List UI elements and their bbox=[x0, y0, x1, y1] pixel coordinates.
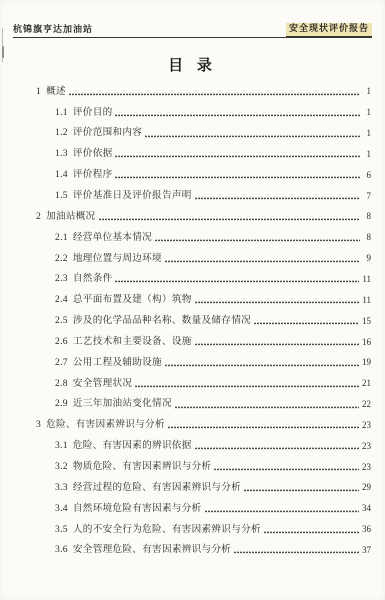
toc-page-number: 8 bbox=[363, 212, 371, 221]
toc-entry-label: 2.6工艺技术和主要设备、设施 bbox=[55, 337, 192, 347]
toc-entry-number: 3 bbox=[36, 419, 41, 430]
toc-entry-title: 自然环境危险有害因素与分析 bbox=[73, 503, 202, 514]
toc-entry-label: 2.7公用工程及辅助设施 bbox=[55, 358, 162, 368]
toc-entry-label: 2.2地理位置与周边环境 bbox=[55, 254, 162, 264]
toc-entry-label: 2加油站概况 bbox=[36, 212, 96, 222]
toc-page-number: 1 bbox=[363, 150, 371, 159]
toc-page-number: 23 bbox=[362, 442, 371, 451]
toc-entry: 2.4总平面布置及建（构）筑物11 bbox=[0, 284, 371, 305]
dot-leader bbox=[145, 134, 360, 138]
toc-entry-number: 2.7 bbox=[55, 357, 68, 368]
toc-page-number: 11 bbox=[362, 275, 371, 284]
toc-page-number: 22 bbox=[362, 400, 371, 409]
toc-entry-number: 1.1 bbox=[55, 107, 68, 118]
toc-entry-label: 3.2物质危险、有害因素辨识与分析 bbox=[55, 462, 211, 472]
toc-entry-title: 概述 bbox=[46, 86, 66, 97]
toc-entry: 3.3经营过程的危险、有害因素辨识与分析29 bbox=[0, 472, 371, 493]
toc-entry-number: 3.5 bbox=[55, 524, 68, 535]
toc-page-number: 36 bbox=[362, 525, 371, 534]
toc-entry-title: 地理位置与周边环境 bbox=[73, 253, 162, 264]
toc-page-number: 16 bbox=[362, 338, 371, 347]
toc-entry-title: 评价范围和内容 bbox=[73, 127, 142, 138]
toc-entry-number: 1.5 bbox=[55, 190, 68, 201]
toc-entry-title: 人的不安全行为危险、有害因素辨识与分析 bbox=[73, 524, 261, 535]
toc-entry-number: 1.3 bbox=[55, 148, 68, 159]
toc-entry: 2.2地理位置与周边环境9 bbox=[0, 243, 371, 264]
toc-page-number: 34 bbox=[362, 504, 371, 513]
dot-leader bbox=[214, 467, 359, 471]
toc-page-number: 21 bbox=[362, 379, 371, 388]
toc-entry-title: 评价目的 bbox=[73, 107, 113, 118]
toc-entry-title: 评价程序 bbox=[73, 169, 113, 180]
dot-leader bbox=[234, 550, 359, 554]
toc-entry-label: 2.4总平面布置及建（构）筑物 bbox=[55, 295, 192, 305]
dot-leader bbox=[254, 321, 359, 325]
scanned-document-page: 杭锦旗亨达加油站 安全现状评价报告 目 录 1概述11.1评价目的11.2评价范… bbox=[0, 0, 385, 600]
toc-entry-label: 3危险、有害因素辨识与分析 bbox=[36, 420, 165, 430]
toc-title: 目 录 bbox=[0, 54, 385, 75]
toc-entry: 1.3评价依据1 bbox=[0, 139, 371, 160]
toc-entry-label: 3.5人的不安全行为危险、有害因素辨识与分析 bbox=[55, 525, 261, 535]
toc-entry: 2.7公用工程及辅助设施19 bbox=[0, 347, 371, 368]
toc-entry-number: 3.2 bbox=[55, 461, 68, 472]
toc-entry: 3.2物质危险、有害因素辨识与分析23 bbox=[0, 451, 371, 472]
dot-leader bbox=[168, 425, 359, 429]
toc-entry-number: 3.3 bbox=[55, 482, 68, 493]
toc-entry: 2.6工艺技术和主要设备、设施16 bbox=[0, 326, 371, 347]
toc-entry-title: 评价依据 bbox=[73, 148, 113, 159]
dot-leader bbox=[195, 342, 359, 346]
toc-entry-title: 涉及的化学品品种名称、数量及储存情况 bbox=[73, 315, 251, 326]
toc-entry-title: 危险、有害因素辨识与分析 bbox=[46, 419, 165, 430]
dot-leader bbox=[155, 238, 360, 242]
toc-entry: 1.5评价基准日及评价报告声明7 bbox=[0, 180, 371, 201]
toc-page-number: 8 bbox=[363, 233, 371, 242]
toc-page-number: 37 bbox=[362, 546, 371, 555]
toc-entry-title: 自然条件 bbox=[73, 273, 113, 284]
toc-entry-label: 3.1危险、有害因素的辨识依据 bbox=[55, 441, 192, 451]
toc-entry-title: 近三年加油站变化情况 bbox=[73, 398, 172, 409]
toc-entry-number: 3.1 bbox=[55, 440, 68, 451]
toc-entry-number: 2.3 bbox=[55, 273, 68, 284]
toc-entry-number: 3.6 bbox=[55, 544, 68, 555]
dot-leader bbox=[115, 175, 360, 179]
page-header: 杭锦旗亨达加油站 安全现状评价报告 bbox=[13, 23, 372, 38]
dot-leader bbox=[115, 279, 359, 283]
toc-entry: 3.4自然环境危险有害因素与分析34 bbox=[0, 493, 371, 514]
table-of-contents: 1概述11.1评价目的11.2评价范围和内容11.3评价依据11.4评价程序61… bbox=[0, 76, 371, 555]
dot-leader bbox=[69, 92, 360, 96]
toc-entry-label: 2.1经营单位基本情况 bbox=[55, 233, 152, 243]
toc-entry-number: 2.6 bbox=[55, 336, 68, 347]
header-station-name: 杭锦旗亨达加油站 bbox=[13, 25, 93, 35]
toc-entry-label: 1.2评价范围和内容 bbox=[55, 128, 142, 138]
toc-entry: 3.6安全管理危险、有害因素辨识与分析37 bbox=[0, 535, 371, 556]
dot-leader bbox=[195, 196, 360, 200]
toc-entry: 1.1评价目的1 bbox=[0, 97, 371, 118]
toc-entry-number: 1 bbox=[36, 86, 41, 97]
toc-page-number: 9 bbox=[363, 254, 371, 263]
dot-leader bbox=[264, 530, 359, 534]
toc-entry-label: 1.3评价依据 bbox=[55, 149, 112, 159]
toc-entry-label: 2.9近三年加油站变化情况 bbox=[55, 399, 172, 409]
toc-entry-label: 1.1评价目的 bbox=[55, 108, 112, 118]
toc-entry-number: 2.8 bbox=[55, 378, 68, 389]
toc-entry-number: 1.2 bbox=[55, 127, 68, 138]
toc-page-number: 23 bbox=[362, 463, 371, 472]
toc-entry: 2.3自然条件11 bbox=[0, 264, 371, 285]
toc-entry-title: 加油站概况 bbox=[46, 211, 95, 222]
toc-entry: 3.1危险、有害因素的辨识依据23 bbox=[0, 430, 371, 451]
toc-entry: 2加油站概况8 bbox=[0, 201, 371, 222]
dot-leader bbox=[135, 384, 359, 388]
dot-leader bbox=[99, 217, 360, 221]
toc-entry: 2.8安全管理状况21 bbox=[0, 368, 371, 389]
dot-leader bbox=[165, 259, 360, 263]
dot-leader bbox=[165, 363, 359, 367]
toc-entry: 1.4评价程序6 bbox=[0, 159, 371, 180]
toc-entry-number: 2.1 bbox=[55, 232, 68, 243]
toc-entry-number: 1.4 bbox=[55, 169, 68, 180]
dot-leader bbox=[115, 154, 360, 158]
toc-entry: 3危险、有害因素辨识与分析23 bbox=[0, 410, 371, 431]
toc-entry-number: 2.5 bbox=[55, 315, 68, 326]
toc-page-number: 7 bbox=[363, 192, 371, 201]
toc-entry-label: 3.3经营过程的危险、有害因素辨识与分析 bbox=[55, 483, 241, 493]
toc-entry-label: 1.4评价程序 bbox=[55, 170, 112, 180]
toc-page-number: 29 bbox=[362, 483, 371, 492]
toc-page-number: 19 bbox=[362, 358, 371, 367]
toc-entry: 3.5人的不安全行为危险、有害因素辨识与分析36 bbox=[0, 514, 371, 535]
toc-entry-number: 2 bbox=[36, 211, 41, 222]
toc-entry-title: 总平面布置及建（构）筑物 bbox=[73, 294, 192, 305]
toc-entry-label: 2.3自然条件 bbox=[55, 274, 112, 284]
toc-entry: 1概述1 bbox=[0, 76, 371, 97]
toc-entry: 2.5涉及的化学品品种名称、数量及储存情况15 bbox=[0, 305, 371, 326]
toc-entry-number: 2.9 bbox=[55, 398, 68, 409]
toc-entry-title: 经营单位基本情况 bbox=[73, 232, 152, 243]
toc-entry-title: 安全管理危险、有害因素辨识与分析 bbox=[73, 544, 231, 555]
toc-entry-label: 2.5涉及的化学品品种名称、数量及储存情况 bbox=[55, 316, 251, 326]
toc-entry-title: 安全管理状况 bbox=[73, 378, 132, 389]
toc-entry: 2.1经营单位基本情况8 bbox=[0, 222, 371, 243]
toc-page-number: 15 bbox=[362, 317, 371, 326]
toc-entry-label: 3.6安全管理危险、有害因素辨识与分析 bbox=[55, 545, 231, 555]
toc-page-number: 1 bbox=[363, 129, 371, 138]
toc-entry-label: 3.4自然环境危险有害因素与分析 bbox=[55, 504, 202, 514]
toc-page-number: 23 bbox=[362, 421, 371, 430]
dot-leader bbox=[175, 405, 359, 409]
toc-entry-title: 工艺技术和主要设备、设施 bbox=[73, 336, 192, 347]
dot-leader bbox=[195, 446, 359, 450]
toc-page-number: 6 bbox=[363, 171, 371, 180]
dot-leader bbox=[195, 300, 360, 304]
toc-entry-label: 1概述 bbox=[36, 87, 66, 97]
toc-entry-number: 2.4 bbox=[55, 294, 68, 305]
toc-page-number: 1 bbox=[363, 108, 371, 117]
dot-leader bbox=[205, 509, 359, 513]
toc-entry-title: 公用工程及辅助设施 bbox=[73, 357, 162, 368]
toc-entry-title: 经营过程的危险、有害因素辨识与分析 bbox=[73, 482, 241, 493]
toc-entry-title: 危险、有害因素的辨识依据 bbox=[73, 440, 192, 451]
toc-entry-number: 2.2 bbox=[55, 253, 68, 264]
header-report-title: 安全现状评价报告 bbox=[286, 23, 372, 37]
toc-entry-label: 2.8安全管理状况 bbox=[55, 379, 132, 389]
toc-entry: 1.2评价范围和内容1 bbox=[0, 118, 371, 139]
toc-entry-title: 物质危险、有害因素辨识与分析 bbox=[73, 461, 212, 472]
toc-entry-number: 3.4 bbox=[55, 503, 68, 514]
toc-page-number: 1 bbox=[363, 87, 371, 96]
dot-leader bbox=[244, 488, 359, 492]
toc-entry-title: 评价基准日及评价报告声明 bbox=[73, 190, 192, 201]
dot-leader bbox=[115, 113, 360, 117]
toc-entry: 2.9近三年加油站变化情况22 bbox=[0, 389, 371, 410]
toc-page-number: 11 bbox=[362, 296, 371, 305]
toc-entry-label: 1.5评价基准日及评价报告声明 bbox=[55, 191, 192, 201]
